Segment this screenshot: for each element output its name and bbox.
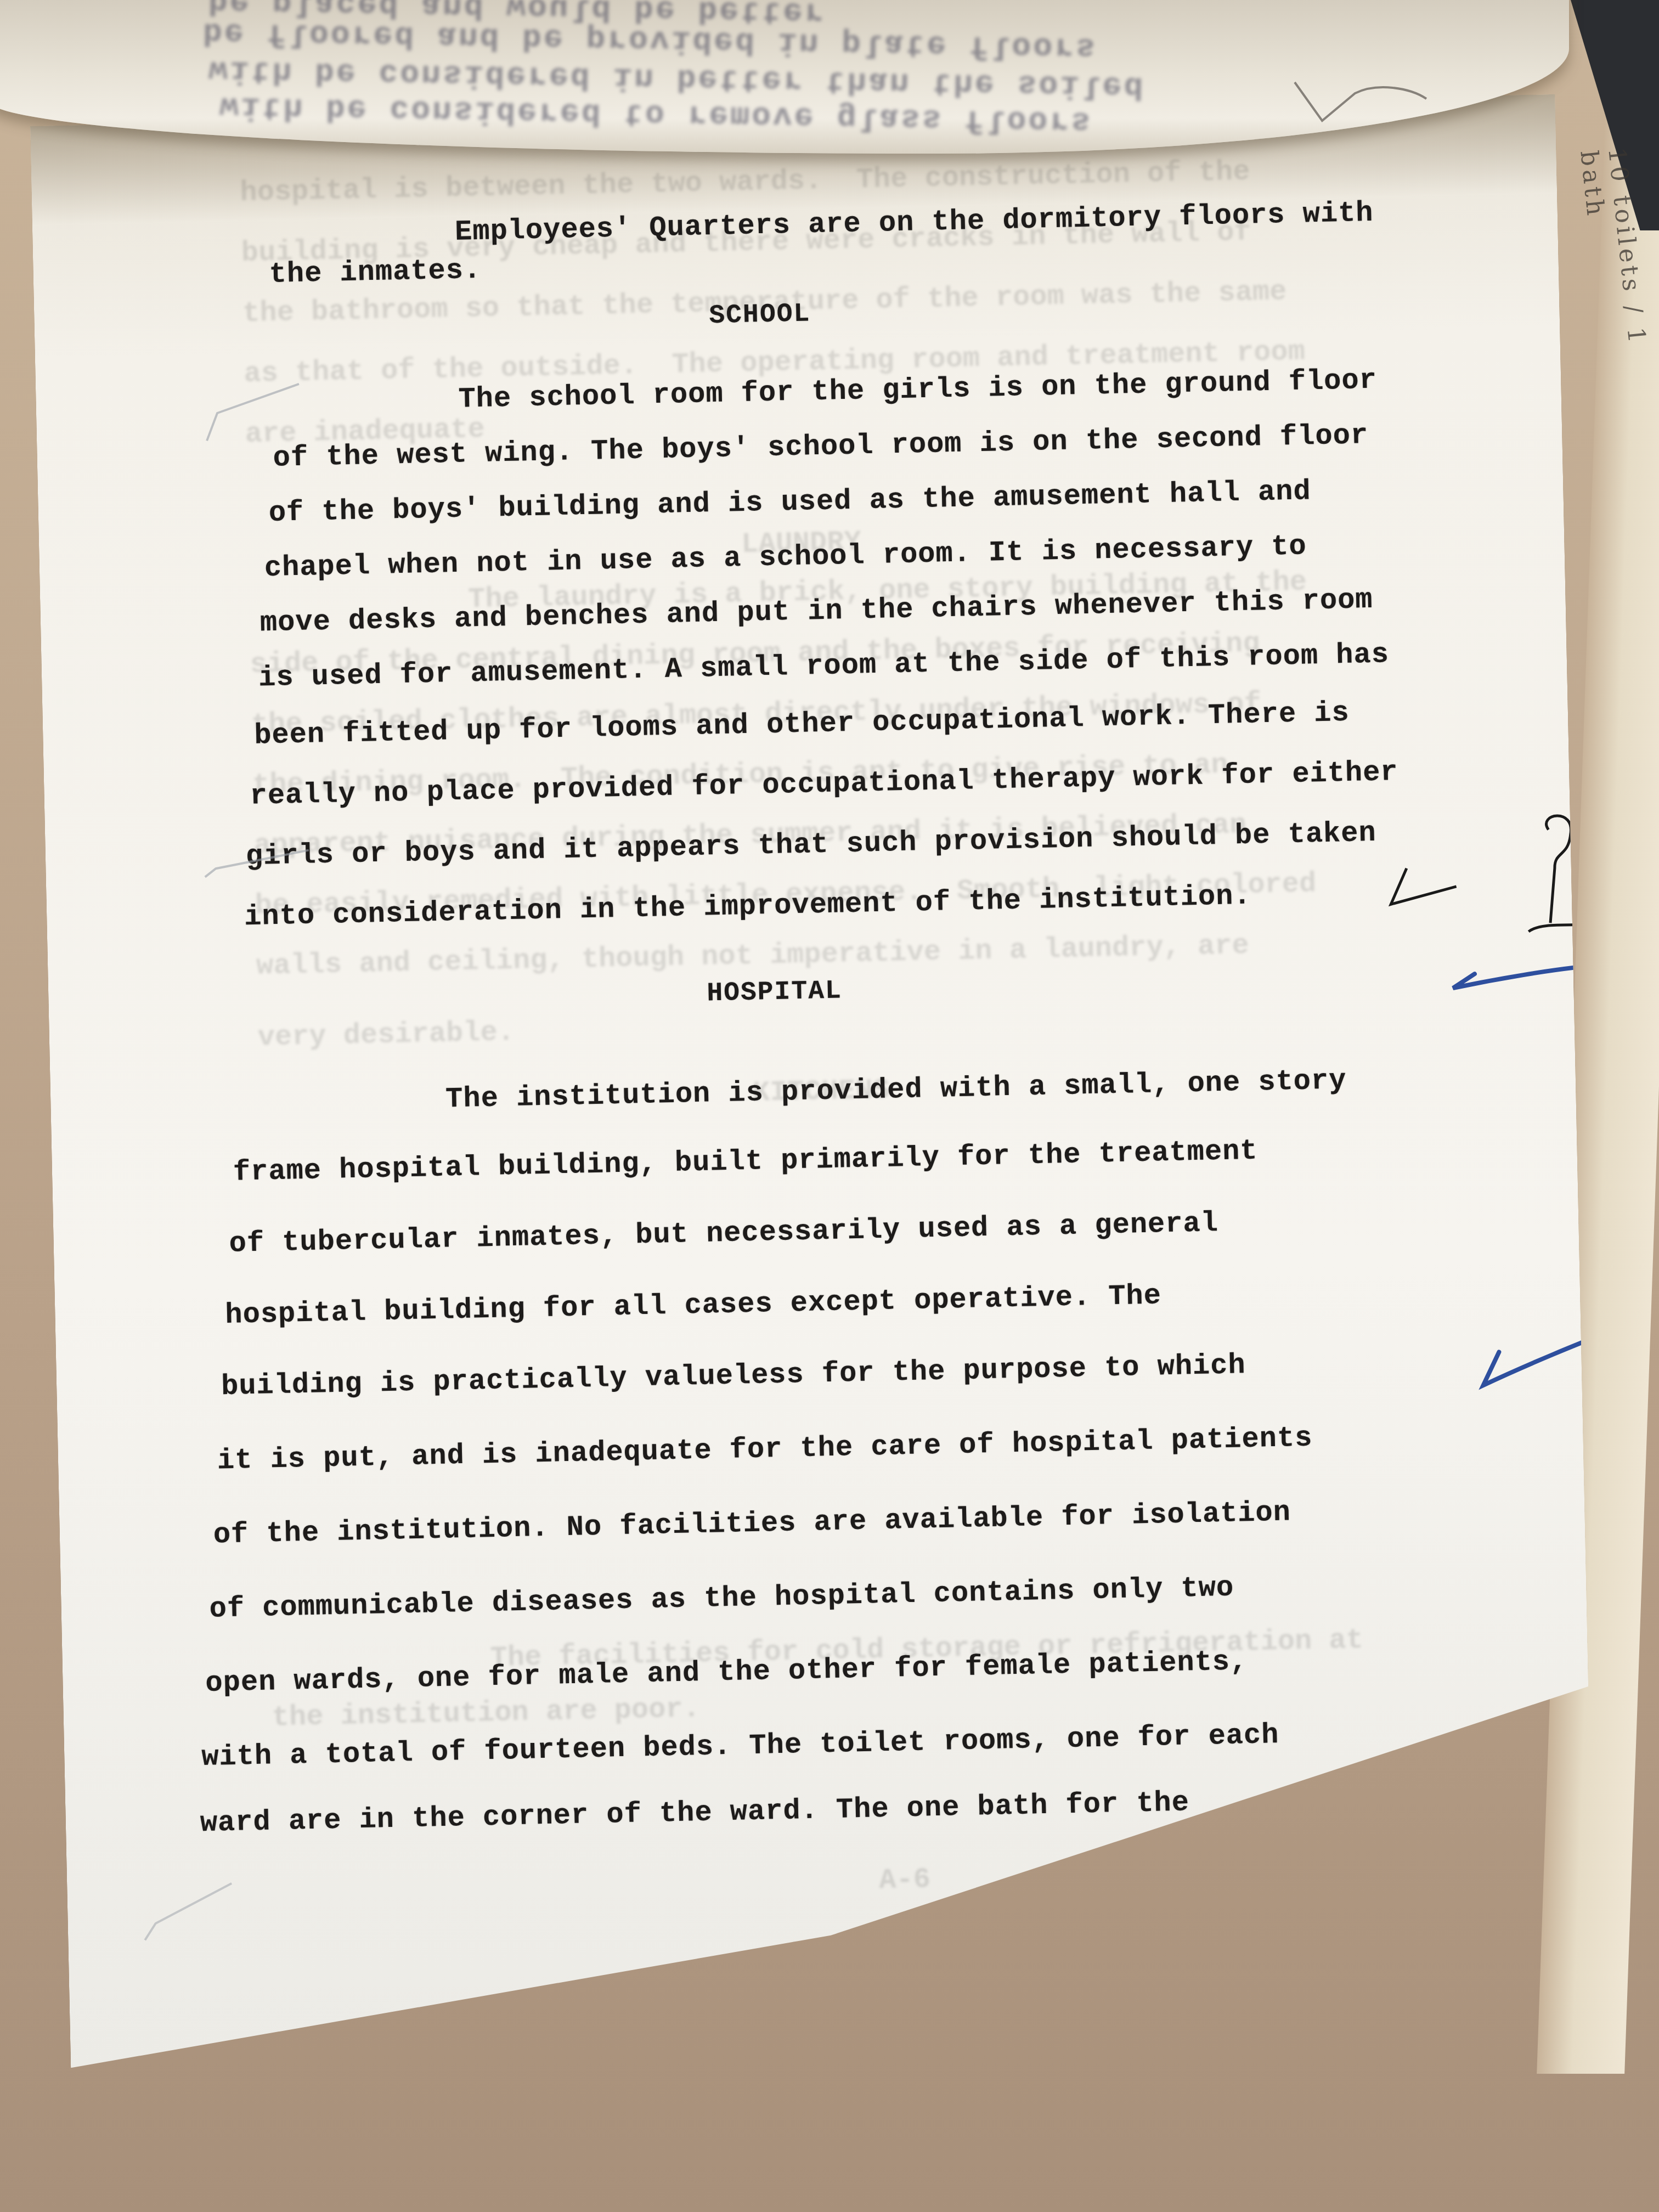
paragraph-line: of the institution. No facilities are av… bbox=[213, 1496, 1291, 1551]
paragraph-line: of tubercular inmates, but necessarily u… bbox=[229, 1207, 1218, 1260]
paragraph-line: frame hospital building, built primarily… bbox=[233, 1135, 1258, 1189]
paragraph-line: The institution is provided with a small… bbox=[445, 1064, 1347, 1115]
paragraph-line: of the boys' building and is used as the… bbox=[268, 475, 1311, 529]
paragraph-line: hospital building for all cases except o… bbox=[225, 1279, 1162, 1331]
paragraph-line: building is practically valueless for th… bbox=[221, 1349, 1246, 1403]
pencil-check-mark-icon bbox=[200, 378, 311, 446]
paragraph-line: it is put, and is inadequate for the car… bbox=[217, 1422, 1313, 1477]
paragraph-line: ward are in the corner of the ward. The … bbox=[200, 1786, 1189, 1839]
paragraph-line: the inmates. bbox=[269, 254, 482, 291]
pencil-check-mark-icon bbox=[1289, 60, 1432, 137]
bleed-line: walls and ceiling, though not imperative… bbox=[256, 929, 1250, 983]
section-heading-school: SCHOOL bbox=[709, 299, 811, 331]
bleed-line: very desirable. bbox=[257, 1016, 515, 1054]
bleed-line: the institution are poor. bbox=[272, 1692, 700, 1734]
section-heading-hospital: HOSPITAL bbox=[707, 976, 843, 1008]
bleed-page-number: A-6 bbox=[879, 1863, 931, 1897]
pencil-check-mark-icon bbox=[133, 1878, 244, 1946]
black-check-mark-icon bbox=[1385, 865, 1463, 916]
pencil-dash-mark-icon bbox=[199, 844, 320, 880]
paragraph-line: of communicable diseases as the hospital… bbox=[209, 1572, 1234, 1626]
curled-previous-page: be placed and would be better be floored… bbox=[0, 0, 1569, 154]
